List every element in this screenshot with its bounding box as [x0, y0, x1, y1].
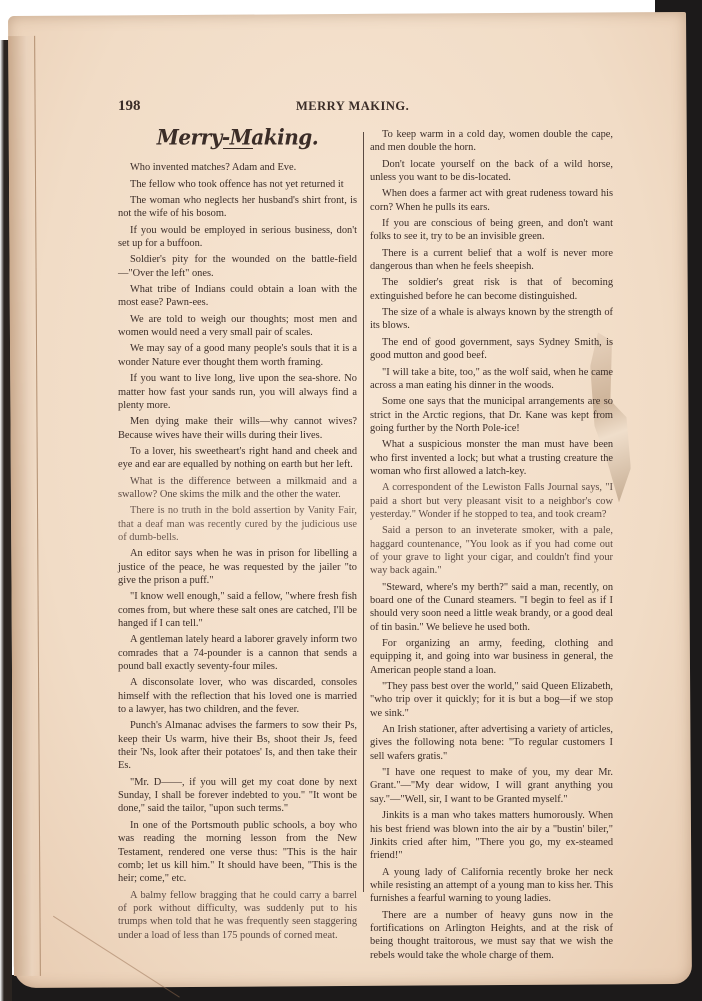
- column-divider: [363, 132, 364, 892]
- paragraph: The woman who neglects her husband's shi…: [118, 194, 357, 221]
- paragraph: "Mr. D——, if you will get my coat done b…: [118, 776, 357, 816]
- paragraph: Don't locate yourself on the back of a w…: [370, 158, 613, 185]
- paragraph: "I will take a bite, too," as the wolf s…: [370, 366, 613, 393]
- paragraph: "They pass best over the world," said Qu…: [370, 680, 613, 720]
- paragraph: "I know well enough," said a fellow, "wh…: [118, 590, 357, 630]
- paragraph: To keep warm in a cold day, women double…: [370, 128, 613, 155]
- page-content: 198 MERRY MAKING. Merry-Making. Who inve…: [118, 96, 613, 965]
- paragraph: We are told to weigh our thoughts; most …: [118, 313, 357, 340]
- paragraph: There is a current belief that a wolf is…: [370, 247, 613, 274]
- paragraph: A balmy fellow bragging that he could ca…: [118, 889, 357, 942]
- paragraph: "Steward, where's my berth?" said a man,…: [370, 581, 613, 634]
- page-number: 198: [118, 98, 141, 115]
- paragraph: There are a number of heavy guns now in …: [370, 909, 613, 962]
- paragraph: What tribe of Indians could obtain a loa…: [118, 283, 357, 310]
- two-column-body: Merry-Making. Who invented matches? Adam…: [118, 128, 613, 965]
- paragraph: A disconsolate lover, who was discarded,…: [118, 676, 357, 716]
- running-head: 198 MERRY MAKING.: [118, 96, 613, 116]
- paragraph: The soldier's great risk is that of beco…: [370, 276, 613, 303]
- paragraph: The size of a whale is always known by t…: [370, 306, 613, 333]
- paragraph: In one of the Portsmouth public schools,…: [118, 819, 357, 886]
- paragraph: Who invented matches? Adam and Eve.: [118, 161, 357, 174]
- paragraph: "I have one request to make of you, my d…: [370, 766, 613, 806]
- section-title: Merry-Making.: [118, 131, 357, 145]
- paragraph: If you are conscious of being green, and…: [370, 217, 613, 244]
- paragraph: Soldier's pity for the wounded on the ba…: [118, 253, 357, 280]
- paragraph: We may say of a good many people's souls…: [118, 342, 357, 369]
- paragraph: The end of good government, says Sydney …: [370, 336, 613, 363]
- paragraph: To a lover, his sweetheart's right hand …: [118, 445, 357, 472]
- paragraph: There is no truth in the bold assertion …: [118, 504, 357, 544]
- paragraph: A gentleman lately heard a laborer grave…: [118, 633, 357, 673]
- paragraph: For organizing an army, feeding, clothin…: [370, 637, 613, 677]
- paragraph: What a suspicious monster the man must h…: [370, 438, 613, 478]
- paragraph: Punch's Almanac advises the farmers to s…: [118, 719, 357, 772]
- paragraph: An Irish stationer, after advertising a …: [370, 723, 613, 763]
- left-column: Merry-Making. Who invented matches? Adam…: [118, 128, 363, 965]
- paragraph: If you want to live long, live upon the …: [118, 372, 357, 412]
- paragraph: The fellow who took offence has not yet …: [118, 178, 357, 191]
- right-column: To keep warm in a cold day, women double…: [370, 128, 613, 965]
- page-binding-edge: [8, 36, 41, 976]
- paragraph: An editor says when he was in prison for…: [118, 547, 357, 587]
- paragraph: When does a farmer act with great rudene…: [370, 187, 613, 214]
- paragraph: If you would be employed in serious busi…: [118, 224, 357, 251]
- paragraph: A correspondent of the Lewiston Falls Jo…: [370, 481, 613, 521]
- paragraph: What is the difference between a milkmai…: [118, 475, 357, 502]
- paragraph: A young lady of California recently brok…: [370, 866, 613, 906]
- paragraph: Said a person to an inveterate smoker, w…: [370, 524, 613, 577]
- running-title: MERRY MAKING.: [296, 99, 409, 114]
- paragraph: Men dying make their wills—why cannot wi…: [118, 415, 357, 442]
- paragraph: Jinkits is a man who takes matters humor…: [370, 809, 613, 862]
- paragraph: Some one says that the municipal arrange…: [370, 395, 613, 435]
